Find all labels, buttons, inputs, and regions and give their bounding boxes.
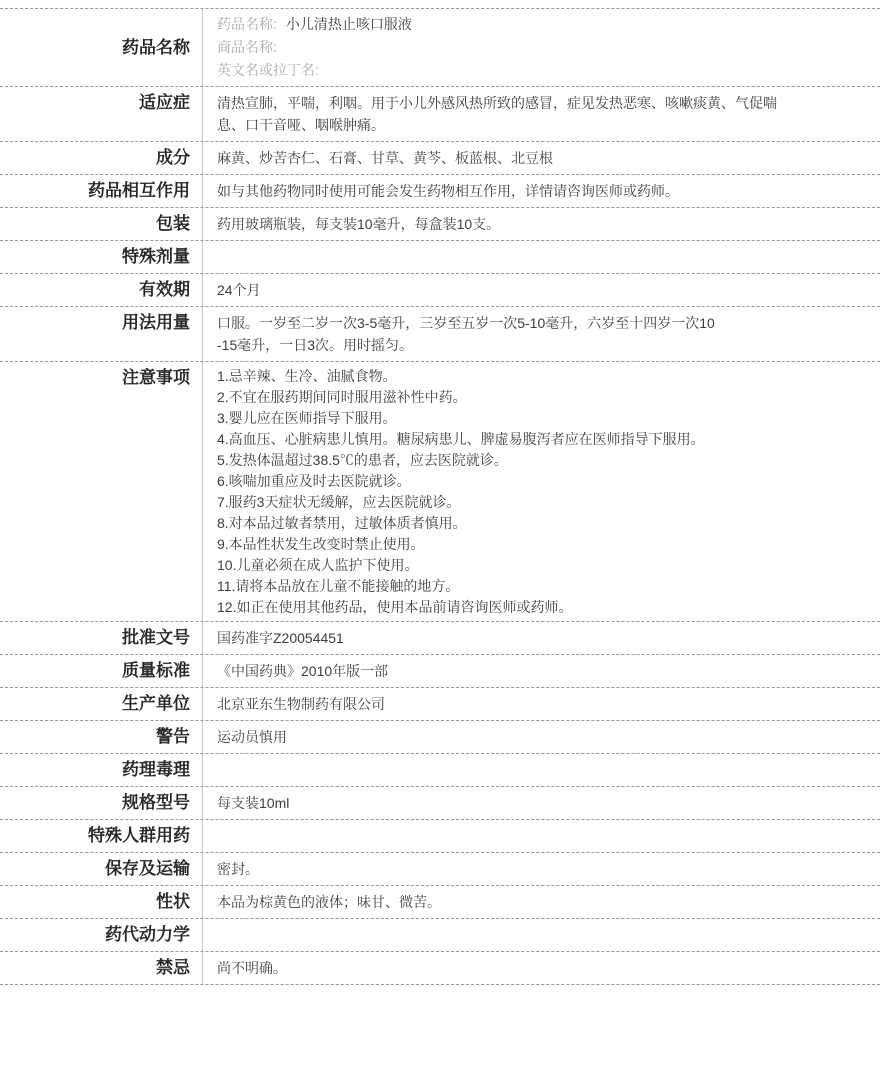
row-label-cell: 药代动力学 bbox=[0, 919, 203, 951]
content-line: 本品为棕黄色的液体；味甘、微苦。 bbox=[217, 891, 870, 913]
row-label-cell: 规格型号 bbox=[0, 787, 203, 819]
content-line: 商品名称: bbox=[217, 36, 870, 59]
content-line: 6.咳喘加重应及时去医院就诊。 bbox=[217, 471, 870, 492]
drug-info-page: 药品名称药品名称:小儿清热止咳口服液商品名称:英文名或拉丁名:适应症清热宣肺，平… bbox=[0, 8, 880, 1090]
table-row-storage-transport: 保存及运输密封。 bbox=[0, 852, 880, 885]
content-line: 11.请将本品放在儿童不能接触的地方。 bbox=[217, 576, 870, 597]
row-label-cell: 禁忌 bbox=[0, 952, 203, 984]
content-line: 《中国药典》2010年版一部 bbox=[217, 660, 870, 682]
row-content-dosage-administration: 口服。一岁至二岁一次3-5毫升，三岁至五岁一次5-10毫升，六岁至十四岁一次10… bbox=[203, 307, 880, 361]
row-label-manufacturer: 生产单位 bbox=[122, 693, 190, 715]
table-row-contraindications: 禁忌尚不明确。 bbox=[0, 951, 880, 984]
content-line: 9.本品性状发生改变时禁止使用。 bbox=[217, 534, 870, 555]
table-row-shelf-life: 有效期24个月 bbox=[0, 273, 880, 306]
row-label-special-dosage: 特殊剂量 bbox=[122, 246, 190, 268]
content-line: 2.不宜在服药期间同时服用滋补性中药。 bbox=[217, 387, 870, 408]
row-content-pharmacokinetics bbox=[203, 919, 880, 951]
field-label: 药品名称: bbox=[217, 16, 277, 32]
field-label: 商品名称: bbox=[217, 39, 277, 55]
row-label-cell: 警告 bbox=[0, 721, 203, 753]
row-label-contraindications: 禁忌 bbox=[156, 957, 190, 979]
content-line: 药品名称:小儿清热止咳口服液 bbox=[217, 13, 870, 36]
row-content-drug-interactions: 如与其他药物同时使用可能会发生药物相互作用，详情请咨询医师或药师。 bbox=[203, 175, 880, 207]
content-line: 清热宣肺，平喘，利咽。用于小儿外感风热所致的感冒，症见发热恶寒、咳嗽痰黄、气促喘 bbox=[217, 92, 870, 114]
row-label-cell: 药品相互作用 bbox=[0, 175, 203, 207]
row-label-cell: 成分 bbox=[0, 142, 203, 174]
row-label-drug-interactions: 药品相互作用 bbox=[88, 180, 190, 202]
row-content-precautions: 1.忌辛辣、生冷、油腻食物。2.不宜在服药期间同时服用滋补性中药。3.婴儿应在医… bbox=[203, 362, 880, 621]
content-line: 1.忌辛辣、生冷、油腻食物。 bbox=[217, 366, 870, 387]
row-label-drug-name: 药品名称 bbox=[122, 37, 190, 59]
row-label-cell: 药品名称 bbox=[0, 9, 203, 86]
row-label-cell: 批准文号 bbox=[0, 622, 203, 654]
content-line: 口服。一岁至二岁一次3-5毫升，三岁至五岁一次5-10毫升，六岁至十四岁一次10 bbox=[217, 312, 870, 334]
row-content-indications: 清热宣肺，平喘，利咽。用于小儿外感风热所致的感冒，症见发热恶寒、咳嗽痰黄、气促喘… bbox=[203, 87, 880, 141]
row-label-quality-standard: 质量标准 bbox=[122, 660, 190, 682]
row-content-ingredients: 麻黄、炒苦杏仁、石膏、甘草、黄芩、板蓝根、北豆根 bbox=[203, 142, 880, 174]
content-line: 运动员慎用 bbox=[217, 726, 870, 748]
table-row-quality-standard: 质量标准《中国药典》2010年版一部 bbox=[0, 654, 880, 687]
row-label-cell: 性状 bbox=[0, 886, 203, 918]
row-label-cell: 药理毒理 bbox=[0, 754, 203, 786]
table-row-precautions: 注意事项1.忌辛辣、生冷、油腻食物。2.不宜在服药期间同时服用滋补性中药。3.婴… bbox=[0, 361, 880, 621]
table-row-description: 性状本品为棕黄色的液体；味甘、微苦。 bbox=[0, 885, 880, 918]
row-content-specification: 每支装10ml bbox=[203, 787, 880, 819]
row-content-contraindications: 尚不明确。 bbox=[203, 952, 880, 984]
row-content-description: 本品为棕黄色的液体；味甘、微苦。 bbox=[203, 886, 880, 918]
row-label-dosage-administration: 用法用量 bbox=[122, 312, 190, 334]
row-label-description: 性状 bbox=[156, 891, 190, 913]
content-line: 5.发热体温超过38.5℃的患者，应去医院就诊。 bbox=[217, 450, 870, 471]
table-row-manufacturer: 生产单位北京亚东生物制药有限公司 bbox=[0, 687, 880, 720]
row-label-cell: 包装 bbox=[0, 208, 203, 240]
row-label-storage-transport: 保存及运输 bbox=[105, 858, 190, 880]
row-label-warning: 警告 bbox=[156, 726, 190, 748]
row-label-pharmacology-toxicology: 药理毒理 bbox=[122, 759, 190, 781]
row-content-quality-standard: 《中国药典》2010年版一部 bbox=[203, 655, 880, 687]
content-line: -15毫升，一日3次。用时摇匀。 bbox=[217, 334, 870, 356]
content-line: 12.如正在使用其他药品，使用本品前请咨询医师或药师。 bbox=[217, 597, 870, 618]
table-row-dosage-administration: 用法用量口服。一岁至二岁一次3-5毫升，三岁至五岁一次5-10毫升，六岁至十四岁… bbox=[0, 306, 880, 361]
row-label-shelf-life: 有效期 bbox=[139, 279, 190, 301]
content-line: 英文名或拉丁名: bbox=[217, 59, 870, 82]
row-label-cell: 有效期 bbox=[0, 274, 203, 306]
content-line: 10.儿童必须在成人监护下使用。 bbox=[217, 555, 870, 576]
row-label-precautions: 注意事项 bbox=[122, 367, 190, 389]
row-label-cell: 注意事项 bbox=[0, 362, 203, 621]
table-row-pharmacology-toxicology: 药理毒理 bbox=[0, 753, 880, 786]
row-label-approval-number: 批准文号 bbox=[122, 627, 190, 649]
field-label: 英文名或拉丁名: bbox=[217, 62, 319, 78]
content-line: 每支装10ml bbox=[217, 792, 870, 814]
table-row-ingredients: 成分麻黄、炒苦杏仁、石膏、甘草、黄芩、板蓝根、北豆根 bbox=[0, 141, 880, 174]
content-line: 密封。 bbox=[217, 858, 870, 880]
table-row-pharmacokinetics: 药代动力学 bbox=[0, 918, 880, 951]
table-row-approval-number: 批准文号国药准字Z20054451 bbox=[0, 621, 880, 654]
row-content-shelf-life: 24个月 bbox=[203, 274, 880, 306]
drug-info-table: 药品名称药品名称:小儿清热止咳口服液商品名称:英文名或拉丁名:适应症清热宣肺，平… bbox=[0, 8, 880, 985]
content-line: 麻黄、炒苦杏仁、石膏、甘草、黄芩、板蓝根、北豆根 bbox=[217, 147, 870, 169]
content-line: 息、口干音哑、咽喉肿痛。 bbox=[217, 114, 870, 136]
row-label-cell: 特殊剂量 bbox=[0, 241, 203, 273]
content-line: 药用玻璃瓶装，每支装10毫升，每盒装10支。 bbox=[217, 213, 870, 235]
content-line: 尚不明确。 bbox=[217, 957, 870, 979]
row-content-storage-transport: 密封。 bbox=[203, 853, 880, 885]
row-label-specification: 规格型号 bbox=[122, 792, 190, 814]
row-content-manufacturer: 北京亚东生物制药有限公司 bbox=[203, 688, 880, 720]
row-label-cell: 适应症 bbox=[0, 87, 203, 141]
row-label-packaging: 包装 bbox=[156, 213, 190, 235]
table-row-drug-name: 药品名称药品名称:小儿清热止咳口服液商品名称:英文名或拉丁名: bbox=[0, 8, 880, 86]
content-line: 7.服药3天症状无缓解，应去医院就诊。 bbox=[217, 492, 870, 513]
row-content-special-dosage bbox=[203, 241, 880, 273]
table-row-special-populations: 特殊人群用药 bbox=[0, 819, 880, 852]
table-row-indications: 适应症清热宣肺，平喘，利咽。用于小儿外感风热所致的感冒，症见发热恶寒、咳嗽痰黄、… bbox=[0, 86, 880, 141]
row-label-pharmacokinetics: 药代动力学 bbox=[105, 924, 190, 946]
row-content-approval-number: 国药准字Z20054451 bbox=[203, 622, 880, 654]
row-content-packaging: 药用玻璃瓶装，每支装10毫升，每盒装10支。 bbox=[203, 208, 880, 240]
row-label-special-populations: 特殊人群用药 bbox=[88, 825, 190, 847]
row-content-drug-name: 药品名称:小儿清热止咳口服液商品名称:英文名或拉丁名: bbox=[203, 9, 880, 86]
row-label-indications: 适应症 bbox=[139, 92, 190, 114]
content-line: 4.高血压、心脏病患儿慎用。糖尿病患儿、脾虚易腹泻者应在医师指导下服用。 bbox=[217, 429, 870, 450]
row-content-special-populations bbox=[203, 820, 880, 852]
table-row-packaging: 包装药用玻璃瓶装，每支装10毫升，每盒装10支。 bbox=[0, 207, 880, 240]
field-value: 小儿清热止咳口服液 bbox=[286, 16, 412, 32]
content-line: 24个月 bbox=[217, 279, 870, 301]
row-label-cell: 特殊人群用药 bbox=[0, 820, 203, 852]
row-content-pharmacology-toxicology bbox=[203, 754, 880, 786]
content-line: 北京亚东生物制药有限公司 bbox=[217, 693, 870, 715]
content-line: 3.婴儿应在医师指导下服用。 bbox=[217, 408, 870, 429]
content-line: 8.对本品过敏者禁用，过敏体质者慎用。 bbox=[217, 513, 870, 534]
table-row-warning: 警告运动员慎用 bbox=[0, 720, 880, 753]
row-label-cell: 用法用量 bbox=[0, 307, 203, 361]
table-row-specification: 规格型号每支装10ml bbox=[0, 786, 880, 819]
table-row-special-dosage: 特殊剂量 bbox=[0, 240, 880, 273]
row-label-cell: 质量标准 bbox=[0, 655, 203, 687]
table-row-drug-interactions: 药品相互作用如与其他药物同时使用可能会发生药物相互作用，详情请咨询医师或药师。 bbox=[0, 174, 880, 207]
row-label-cell: 保存及运输 bbox=[0, 853, 203, 885]
content-line: 国药准字Z20054451 bbox=[217, 627, 870, 649]
content-line: 如与其他药物同时使用可能会发生药物相互作用，详情请咨询医师或药师。 bbox=[217, 180, 870, 202]
row-label-cell: 生产单位 bbox=[0, 688, 203, 720]
row-label-ingredients: 成分 bbox=[156, 147, 190, 169]
row-content-warning: 运动员慎用 bbox=[203, 721, 880, 753]
